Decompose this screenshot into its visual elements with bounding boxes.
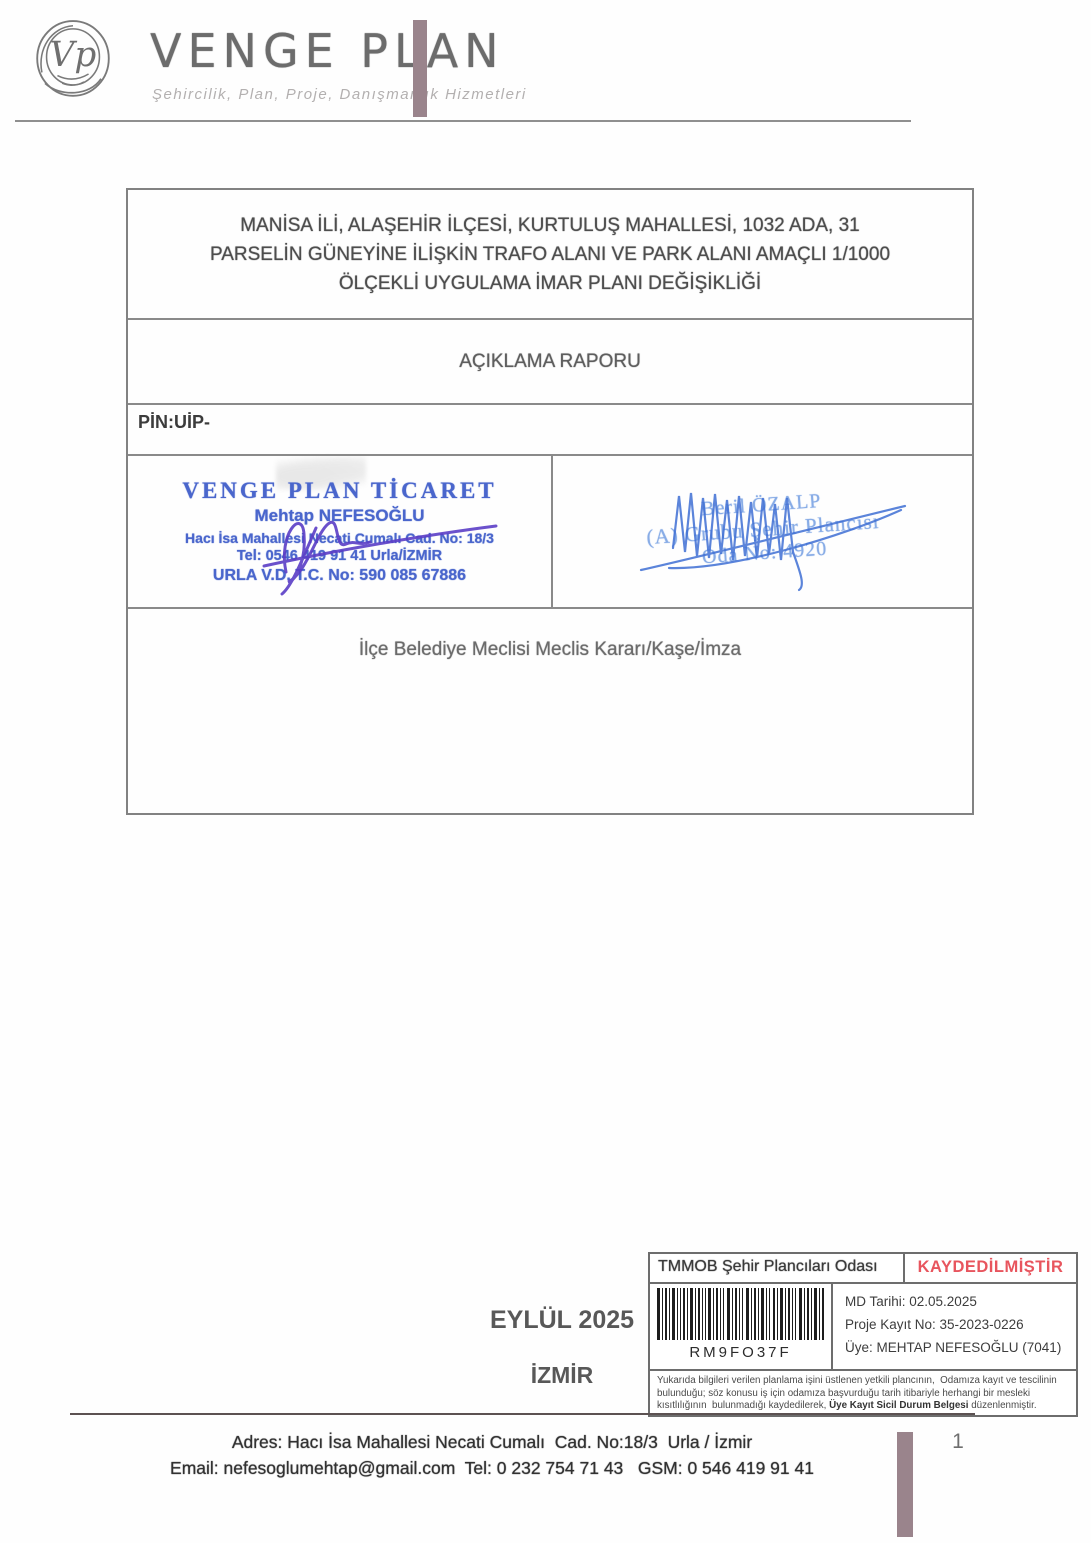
logo-tagline: Şehircilik, Plan, Proje, Danışmanlık Hiz… xyxy=(152,86,527,103)
document-page: Vp VENGE PLAN Şehircilik, Plan, Proje, D… xyxy=(0,0,1091,1543)
barcode-cell: RM9FO37F xyxy=(650,1284,833,1369)
registration-project-no: Proje Kayıt No: 35-2023-0226 xyxy=(845,1313,1076,1336)
plan-title-line: MANİSA İLİ, ALAŞEHİR İLÇESİ, KURTULUŞ MA… xyxy=(210,211,890,240)
barcode-icon xyxy=(657,1288,825,1340)
header-rule xyxy=(15,120,911,122)
venge-plan-logo-icon: Vp xyxy=(34,18,112,102)
pin-cell: PİN:UİP- xyxy=(128,405,972,456)
registration-details: MD Tarihi: 02.05.2025 Proje Kayıt No: 35… xyxy=(833,1284,1076,1369)
cover-table: MANİSA İLİ, ALAŞEHİR İLÇESİ, KURTULUŞ MA… xyxy=(126,188,974,815)
footer-address: Adres: Hacı İsa Mahallesi Necati Cumalı … xyxy=(112,1432,872,1453)
author-stamp-cell: Beril ÖZALP (A) Grubu Şehir Plancısı Oda… xyxy=(553,456,972,607)
status-badge: KAYDEDİLMİŞTİR xyxy=(905,1254,1076,1282)
report-type-cell: AÇIKLAMA RAPORU xyxy=(128,320,972,405)
plan-title-cell: MANİSA İLİ, ALAŞEHİR İLÇESİ, KURTULUŞ MA… xyxy=(128,190,972,320)
barcode-text: RM9FO37F xyxy=(650,1344,831,1361)
handwritten-signature-icon xyxy=(258,494,508,604)
plan-title-line: PARSELİN GÜNEYİNE İLİŞKİN TRAFO ALANI VE… xyxy=(210,240,890,269)
plan-title-line: ÖLÇEKLİ UYGULAMA İMAR PLANI DEĞİŞİKLİĞİ xyxy=(210,269,890,298)
registration-body: RM9FO37F MD Tarihi: 02.05.2025 Proje Kay… xyxy=(650,1284,1076,1371)
registration-header: TMMOB Şehir Plancıları Odası KAYDEDİLMİŞ… xyxy=(650,1254,1076,1284)
registration-disclaimer: Yukarıda bilgileri verilen planlama işin… xyxy=(650,1371,1076,1415)
plan-date: EYLÜL 2025 xyxy=(462,1306,662,1335)
registration-box: TMMOB Şehir Plancıları Odası KAYDEDİLMİŞ… xyxy=(648,1252,1078,1417)
registration-org: TMMOB Şehir Plancıları Odası xyxy=(650,1254,905,1282)
disclaimer-bold-text: Üye Kayıt Sicil Durum Belgesi xyxy=(829,1400,968,1411)
footer-rule xyxy=(70,1413,975,1415)
footer-contact: Email: nefesoglumehtap@gmail.com Tel: 0 … xyxy=(112,1458,872,1479)
page-number: 1 xyxy=(938,1430,978,1454)
registration-md-date: MD Tarihi: 02.05.2025 xyxy=(845,1290,1076,1313)
disclaimer-text: düzenlenmiştir. xyxy=(968,1400,1036,1411)
stamps-row: VENGE PLAN TİCARET Mehtap NEFESOĞLU Hacı… xyxy=(128,456,972,609)
header-accent-bar xyxy=(413,20,427,117)
plan-city: İZMİR xyxy=(462,1362,662,1389)
council-decision-cell: İlçe Belediye Meclisi Meclis Kararı/Kaşe… xyxy=(128,609,972,813)
signature-scribble-icon xyxy=(633,478,923,598)
planner-stamp-cell: VENGE PLAN TİCARET Mehtap NEFESOĞLU Hacı… xyxy=(128,456,553,607)
logo-monogram: Vp xyxy=(50,35,97,75)
logo-title: VENGE PLAN xyxy=(150,24,505,78)
footer-accent-bar xyxy=(897,1432,913,1537)
registration-member: Üye: MEHTAP NEFESOĞLU (7041) xyxy=(845,1336,1076,1359)
